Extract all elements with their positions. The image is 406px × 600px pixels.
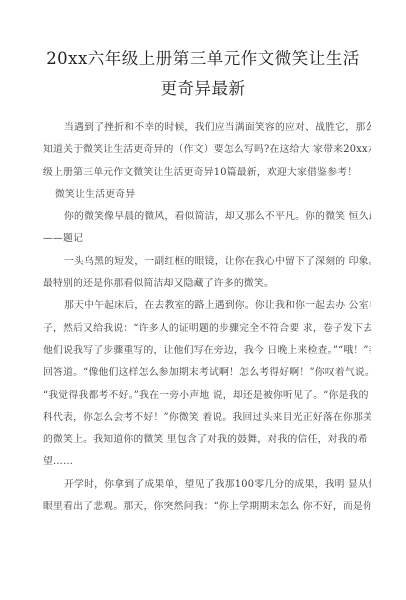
body-line: “我觉得我都考不好。”我在一旁小声地 说，却还是被你听见了。“你是我的 [43,385,371,407]
body-line: 回答道。“像他们这样怎么参加期末考试啊！怎么考得好啊！”你叹着气说。 [43,362,371,384]
epigraph-attribution: ——题记 [43,228,371,250]
body-line: 级上册第三单元作文微笑让生活更奇异10篇最新，欢迎大家借鉴参考！ [43,162,371,184]
body-line: 眼里看出了悲观。那天，你突然问我：“你上学期期末怎么 你不好，而是你没 [43,496,371,518]
body-line: 一头乌黑的短发，一副红框的眼镜，让你在我心中留下了深刻的 印象。但 [43,251,371,273]
document-body: 当遇到了挫折和不幸的时候，我们应当满面笑容的应对、战胜它，那么你 知道关于微笑让… [43,117,371,518]
body-line: 科代表，你怎么会考不好！”你微笑 着说。我回过头来目光正好落在你那美丽 [43,407,371,429]
body-line: 当遇到了挫折和不幸的时候，我们应当满面笑容的应对、战胜它，那么你 [43,117,371,139]
document-title-line-1: 20xx六年级上册第三单元作文微笑让生活 [0,45,406,69]
body-line: 你的微笑像早晨的微风，看似简洁，却又那么不平凡。你的微笑 恒久最美。 [43,206,371,228]
body-line: 的微笑上。我知道你的微笑 里包含了对我的鼓舞，对我的信任，对我的希 [43,429,371,451]
body-line: 子，然后又给我说：“许多人的证明题的步骤完全不符合要 求，卷子发下去给 [43,318,371,340]
body-line: 望…… [43,451,371,473]
document-page: 20xx六年级上册第三单元作文微笑让生活 更奇异最新 当遇到了挫折和不幸的时候，… [0,0,406,600]
section-heading: 微笑让生活更奇异 [43,184,371,206]
document-title-line-2: 更奇异最新 [0,75,406,99]
body-line: 那天中午起床后，在去教室的路上遇到你。你让我和你一起去办 公室拿卷 [43,295,371,317]
body-line: 他们说我写了步骤重写的，让他们写在旁边，我今 日晚上来检查。”“哦！”我 [43,340,371,362]
body-line: 知道关于微笑让生活更奇异的（作文）要怎么写吗?在这给大 家带来20xx六班 [43,139,371,161]
body-line: 最特别的还是你那看似简洁却又隐藏了许多的微笑。 [43,273,371,295]
body-line: 开学时，你拿到了成果单，望见了我那100零几分的成果，我明 显从你的 [43,474,371,496]
